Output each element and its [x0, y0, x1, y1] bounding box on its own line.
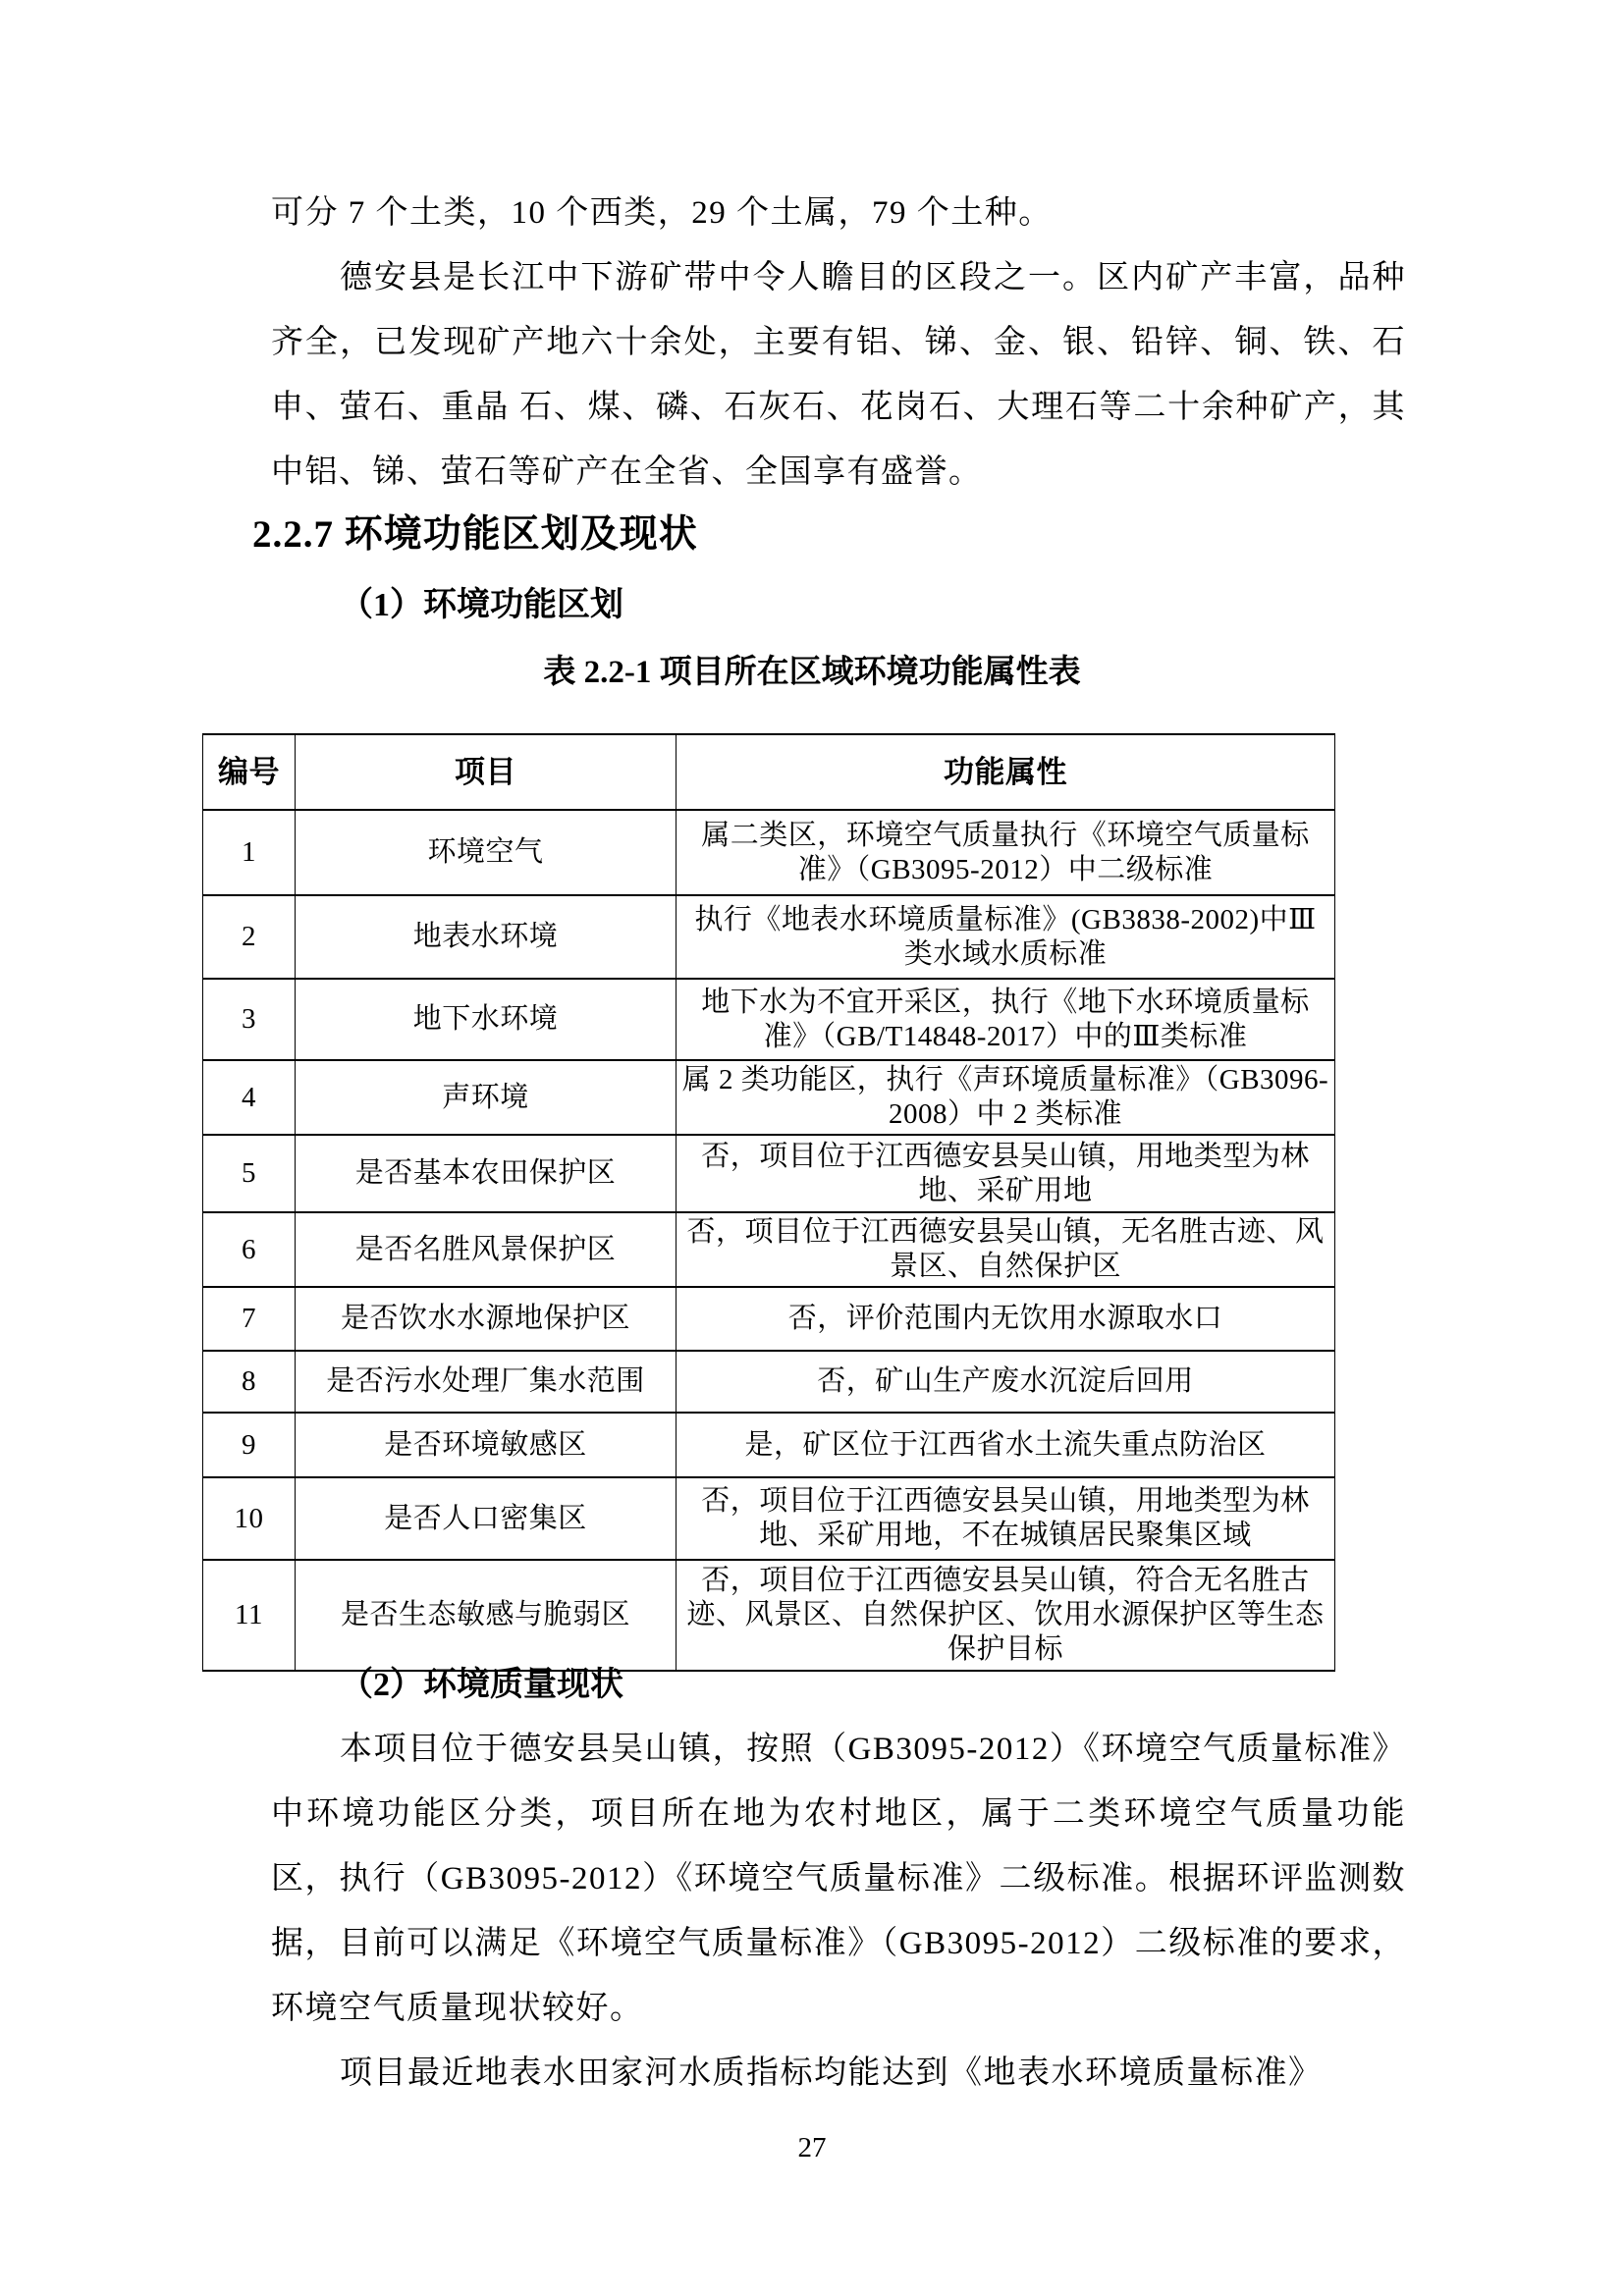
- cell-number: 3: [203, 979, 296, 1060]
- cell-item: 地下水环境: [296, 979, 677, 1060]
- paragraph-minerals: 德安县是长江中下游矿带中令人瞻目的区段之一。区内矿产丰富，品种齐全，已发现矿产地…: [271, 245, 1406, 505]
- subsection-heading-2: （2）环境质量现状: [340, 1663, 623, 1707]
- cell-item: 是否饮水水源地保护区: [296, 1287, 677, 1351]
- cell-number: 8: [203, 1351, 296, 1413]
- cell-attribute: 属二类区，环境空气质量执行《环境空气质量标准》（GB3095-2012）中二级标…: [677, 810, 1335, 895]
- cell-item: 环境空气: [296, 810, 677, 895]
- subsection-heading-1: （1）环境功能区划: [340, 583, 623, 627]
- table-row: 10 是否人口密集区 否，项目位于江西德安县吴山镇，用地类型为林地、采矿用地，不…: [203, 1477, 1335, 1560]
- cell-attribute: 否，评价范围内无饮用水源取水口: [677, 1287, 1335, 1351]
- cell-attribute: 否，矿山生产废水沉淀后回用: [677, 1351, 1335, 1413]
- document-page: 可分 7 个土类，10 个西类，29 个土属，79 个土种。 德安县是长江中下游…: [0, 0, 1624, 2296]
- column-header-item: 项目: [296, 734, 677, 810]
- table-row: 5 是否基本农田保护区 否，项目位于江西德安县吴山镇，用地类型为林地、采矿用地: [203, 1135, 1335, 1212]
- quality-status-paragraphs: 本项目位于德安县吴山镇，按照（GB3095-2012）《环境空气质量标准》中环境…: [271, 1717, 1406, 2106]
- cell-attribute: 执行《地表水环境质量标准》(GB3838-2002)中Ⅲ类水域水质标准: [677, 895, 1335, 979]
- cell-number: 4: [203, 1060, 296, 1135]
- cell-number: 1: [203, 810, 296, 895]
- environment-function-table: 编号 项目 功能属性 1 环境空气 属二类区，环境空气质量执行《环境空气质量标准…: [202, 733, 1335, 1672]
- cell-number: 7: [203, 1287, 296, 1351]
- cell-attribute: 否，项目位于江西德安县吴山镇，用地类型为林地、采矿用地: [677, 1135, 1335, 1212]
- cell-item: 声环境: [296, 1060, 677, 1135]
- table-row: 2 地表水环境 执行《地表水环境质量标准》(GB3838-2002)中Ⅲ类水域水…: [203, 895, 1335, 979]
- cell-attribute: 否，项目位于江西德安县吴山镇，用地类型为林地、采矿用地，不在城镇居民聚集区域: [677, 1477, 1335, 1560]
- cell-attribute: 地下水为不宜开采区，执行《地下水环境质量标准》（GB/T14848-2017）中…: [677, 979, 1335, 1060]
- table-header-row: 编号 项目 功能属性: [203, 734, 1335, 810]
- page-number: 27: [0, 2132, 1624, 2164]
- cell-item: 是否污水处理厂集水范围: [296, 1351, 677, 1413]
- table-row: 11 是否生态敏感与脆弱区 否，项目位于江西德安县吴山镇，符合无名胜古迹、风景区…: [203, 1560, 1335, 1671]
- cell-number: 9: [203, 1413, 296, 1477]
- cell-item: 是否环境敏感区: [296, 1413, 677, 1477]
- cell-attribute: 属 2 类功能区，执行《声环境质量标准》（GB3096-2008）中 2 类标准: [677, 1060, 1335, 1135]
- table-row: 9 是否环境敏感区 是，矿区位于江西省水土流失重点防治区: [203, 1413, 1335, 1477]
- cell-item: 是否基本农田保护区: [296, 1135, 677, 1212]
- paragraph-surface-water: 项目最近地表水田家河水质指标均能达到《地表水环境质量标准》: [271, 2041, 1406, 2106]
- paragraph-air-quality: 本项目位于德安县吴山镇，按照（GB3095-2012）《环境空气质量标准》中环境…: [271, 1717, 1406, 2041]
- cell-attribute: 是，矿区位于江西省水土流失重点防治区: [677, 1413, 1335, 1477]
- column-header-number: 编号: [203, 734, 296, 810]
- cell-number: 6: [203, 1212, 296, 1287]
- cell-number: 11: [203, 1560, 296, 1671]
- column-header-attribute: 功能属性: [677, 734, 1335, 810]
- cell-attribute: 否，项目位于江西德安县吴山镇，符合无名胜古迹、风景区、自然保护区、饮用水源保护区…: [677, 1560, 1335, 1671]
- section-heading-2-2-7: 2.2.7 环境功能区划及现状: [252, 507, 698, 562]
- cell-item: 是否人口密集区: [296, 1477, 677, 1560]
- cell-attribute: 否，项目位于江西德安县吴山镇，无名胜古迹、风景区、自然保护区: [677, 1212, 1335, 1287]
- intro-paragraphs: 可分 7 个土类，10 个西类，29 个土属，79 个土种。 德安县是长江中下游…: [271, 181, 1406, 505]
- paragraph-soil-types: 可分 7 个土类，10 个西类，29 个土属，79 个土种。: [271, 181, 1406, 245]
- table-row: 8 是否污水处理厂集水范围 否，矿山生产废水沉淀后回用: [203, 1351, 1335, 1413]
- table-row: 3 地下水环境 地下水为不宜开采区，执行《地下水环境质量标准》（GB/T1484…: [203, 979, 1335, 1060]
- table-row: 6 是否名胜风景保护区 否，项目位于江西德安县吴山镇，无名胜古迹、风景区、自然保…: [203, 1212, 1335, 1287]
- cell-item: 是否名胜风景保护区: [296, 1212, 677, 1287]
- table-row: 1 环境空气 属二类区，环境空气质量执行《环境空气质量标准》（GB3095-20…: [203, 810, 1335, 895]
- cell-number: 2: [203, 895, 296, 979]
- table-row: 4 声环境 属 2 类功能区，执行《声环境质量标准》（GB3096-2008）中…: [203, 1060, 1335, 1135]
- cell-number: 10: [203, 1477, 296, 1560]
- table-caption: 表 2.2-1 项目所在区域环境功能属性表: [0, 646, 1624, 692]
- cell-number: 5: [203, 1135, 296, 1212]
- cell-item: 地表水环境: [296, 895, 677, 979]
- cell-item: 是否生态敏感与脆弱区: [296, 1560, 677, 1671]
- table-row: 7 是否饮水水源地保护区 否，评价范围内无饮用水源取水口: [203, 1287, 1335, 1351]
